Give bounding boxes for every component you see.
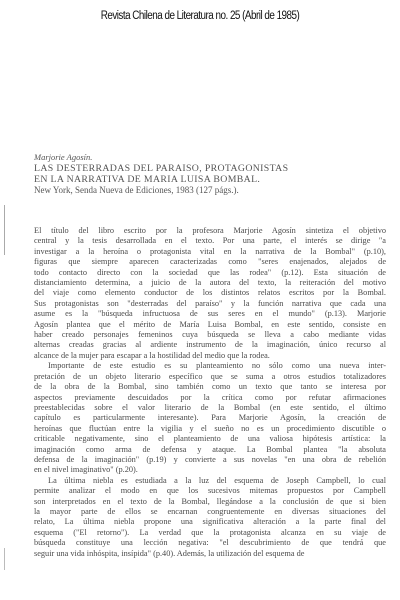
body-line: del viaje como elemento conductor de los…	[34, 288, 386, 298]
reference-author: Marjorie Agosín.	[34, 152, 384, 163]
body-line: heroínas que fluctúan entre la vigilia y…	[34, 424, 386, 434]
body-line: La última niebla es estudiada a la luz d…	[34, 476, 386, 486]
body-line: Sus protagonistas son "desterradas del p…	[34, 299, 386, 309]
body-line: figuras que siempre aparecen caracteriza…	[34, 257, 386, 267]
journal-header: Revista Chilena de Literatura no. 25 (Ab…	[28, 10, 372, 22]
body-line: todo contacto directo con la sociedad qu…	[34, 268, 386, 278]
book-reference: Marjorie Agosín. LAS DESTERRADAS DEL PAR…	[34, 152, 384, 196]
body-line: central y la tesis desarrollada en el te…	[34, 236, 386, 246]
body-line: son interpretados en el texto de la Bomb…	[34, 497, 386, 507]
body-line: preestablecidas sobre el valor literario…	[34, 403, 386, 413]
body-line: El título del libro escrito por la profe…	[34, 226, 386, 236]
body-line: seguir una vida inhóspita, insípida" (p.…	[34, 549, 386, 559]
review-body: El título del libro escrito por la profe…	[34, 226, 386, 559]
body-line: pretación de un objeto literario específ…	[34, 372, 386, 382]
body-line: alternas creadas gracias al ardiente ins…	[34, 340, 386, 350]
body-line: de la obra de la Bombal, sino también co…	[34, 382, 386, 392]
margin-mark	[4, 548, 5, 570]
body-line: aspectos previamente descuidados por la …	[34, 393, 386, 403]
body-line: capítulo es particularmente interesante)…	[34, 413, 386, 423]
body-line: alcance de la mujer para escapar a la ho…	[34, 351, 386, 361]
body-line: esquema ("El retorno"). La verdad que la…	[34, 528, 386, 538]
body-line: en el nivel imaginativo" (p.20).	[34, 465, 386, 475]
body-line: haber creado personajes femeninos cuya b…	[34, 330, 386, 340]
margin-mark	[4, 205, 5, 255]
body-line: investigar a la heroína o protagonista v…	[34, 247, 386, 257]
reference-title-line-1: LAS DESTERRADAS DEL PARAISO, PROTAGONIST…	[34, 163, 384, 174]
body-line: búsqueda constituye una lección negativa…	[34, 538, 386, 548]
reference-publication: New York, Senda Nueva de Ediciones, 1983…	[34, 185, 384, 196]
body-line: permite analizar el modo en que los suce…	[34, 486, 386, 496]
body-line: defensa de la imaginación" (p.19) y conv…	[34, 455, 386, 465]
body-line: criticable negativamente, sino el plante…	[34, 434, 386, 444]
body-line: distanciamiento determina, a juicio de l…	[34, 278, 386, 288]
body-line: asume es la "búsqueda infructuosa de sus…	[34, 309, 386, 319]
body-line: relato, La última niebla propone una sig…	[34, 517, 386, 527]
body-line: Agosín plantea que el mérito de María Lu…	[34, 320, 386, 330]
body-line: Importante de este estudio es su plantea…	[34, 361, 386, 371]
body-line: imaginación como arma de defensa y ataqu…	[34, 445, 386, 455]
reference-title-line-2: EN LA NARRATIVA DE MARIA LUISA BOMBAL.	[34, 174, 384, 185]
body-line: la mayor parte de ellos se encarnan cong…	[34, 507, 386, 517]
